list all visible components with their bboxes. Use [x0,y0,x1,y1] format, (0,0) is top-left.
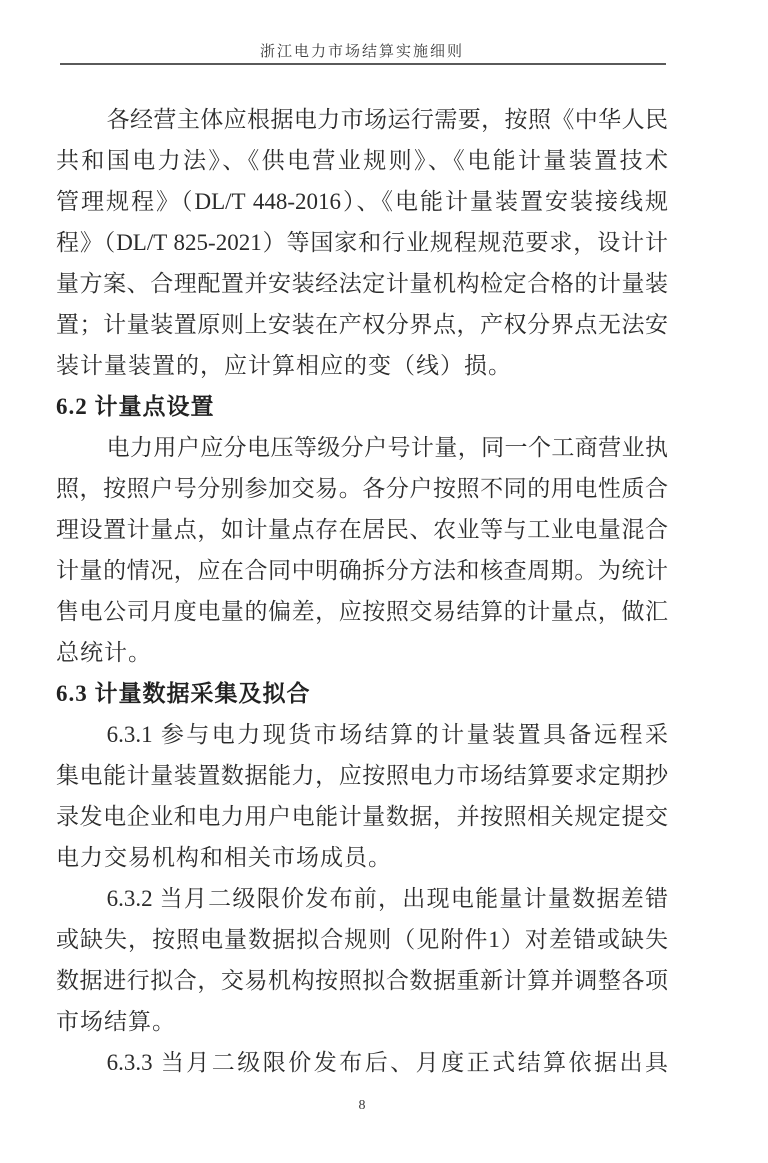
document-page: 浙江电力市场结算实施细则 各经营主体应根据电力市场运行需要，按照《中华人民共和国… [0,0,768,1163]
text-line: 电力交易机构和相关市场成员。 [56,837,668,878]
text-line: 照，按照户号分别参加交易。各分户按照不同的用电性质合 [56,468,668,509]
text-line: 量方案、合理配置并安装经法定计量机构检定合格的计量装 [56,263,668,304]
text-line: 6.3 计量数据采集及拟合 [56,673,668,714]
document-body: 各经营主体应根据电力市场运行需要，按照《中华人民共和国电力法》、《供电营业规则》… [56,99,668,1083]
text-line: 录发电企业和电力用户电能计量数据，并按照相关规定提交 [56,796,668,837]
text-line: 售电公司月度电量的偏差，应按照交易结算的计量点，做汇 [56,591,668,632]
text-line: 程》（DL/T 825-2021）等国家和行业规程规范要求，设计计 [56,222,668,263]
section-heading: 6.3 计量数据采集及拟合 [56,673,668,714]
text-line: 计量的情况，应在合同中明确拆分方法和核查周期。为统计 [56,550,668,591]
text-line: 置；计量装置原则上安装在产权分界点，产权分界点无法安 [56,304,668,345]
paragraph: 6.3.2 当月二级限价发布前，出现电能量计量数据差错或缺失，按照电量数据拟合规… [56,878,668,1042]
text-line: 6.3.1 参与电力现货市场结算的计量装置具备远程采 [56,714,668,755]
text-line: 电力用户应分电压等级分户号计量，同一个工商营业执 [56,427,668,468]
paragraph: 6.3.3 当月二级限价发布后、月度正式结算依据出具 [56,1042,668,1083]
page-number: 8 [56,1098,668,1114]
text-line: 共和国电力法》、《供电营业规则》、《电能计量装置技术 [56,140,668,181]
text-line: 6.2 计量点设置 [56,386,668,427]
header-divider-rule [60,63,666,65]
text-line: 6.3.3 当月二级限价发布后、月度正式结算依据出具 [56,1042,668,1083]
text-line: 6.3.2 当月二级限价发布前，出现电能量计量数据差错 [56,878,668,919]
text-line: 集电能计量装置数据能力，应按照电力市场结算要求定期抄 [56,755,668,796]
text-line: 市场结算。 [56,1001,668,1042]
paragraph: 电力用户应分电压等级分户号计量，同一个工商营业执照，按照户号分别参加交易。各分户… [56,427,668,673]
text-line: 装计量装置的，应计算相应的变（线）损。 [56,345,668,386]
text-line: 总统计。 [56,632,668,673]
text-line: 数据进行拟合，交易机构按照拟合数据重新计算并调整各项 [56,960,668,1001]
text-line: 管理规程》（DL/T 448-2016）、《电能计量装置安装接线规 [56,181,668,222]
paragraph: 6.3.1 参与电力现货市场结算的计量装置具备远程采集电能计量装置数据能力，应按… [56,714,668,878]
page-header-title: 浙江电力市场结算实施细则 [56,40,668,61]
text-line: 各经营主体应根据电力市场运行需要，按照《中华人民 [56,99,668,140]
paragraph: 各经营主体应根据电力市场运行需要，按照《中华人民共和国电力法》、《供电营业规则》… [56,99,668,386]
text-line: 或缺失，按照电量数据拟合规则（见附件1）对差错或缺失 [56,919,668,960]
section-heading: 6.2 计量点设置 [56,386,668,427]
text-line: 理设置计量点，如计量点存在居民、农业等与工业电量混合 [56,509,668,550]
